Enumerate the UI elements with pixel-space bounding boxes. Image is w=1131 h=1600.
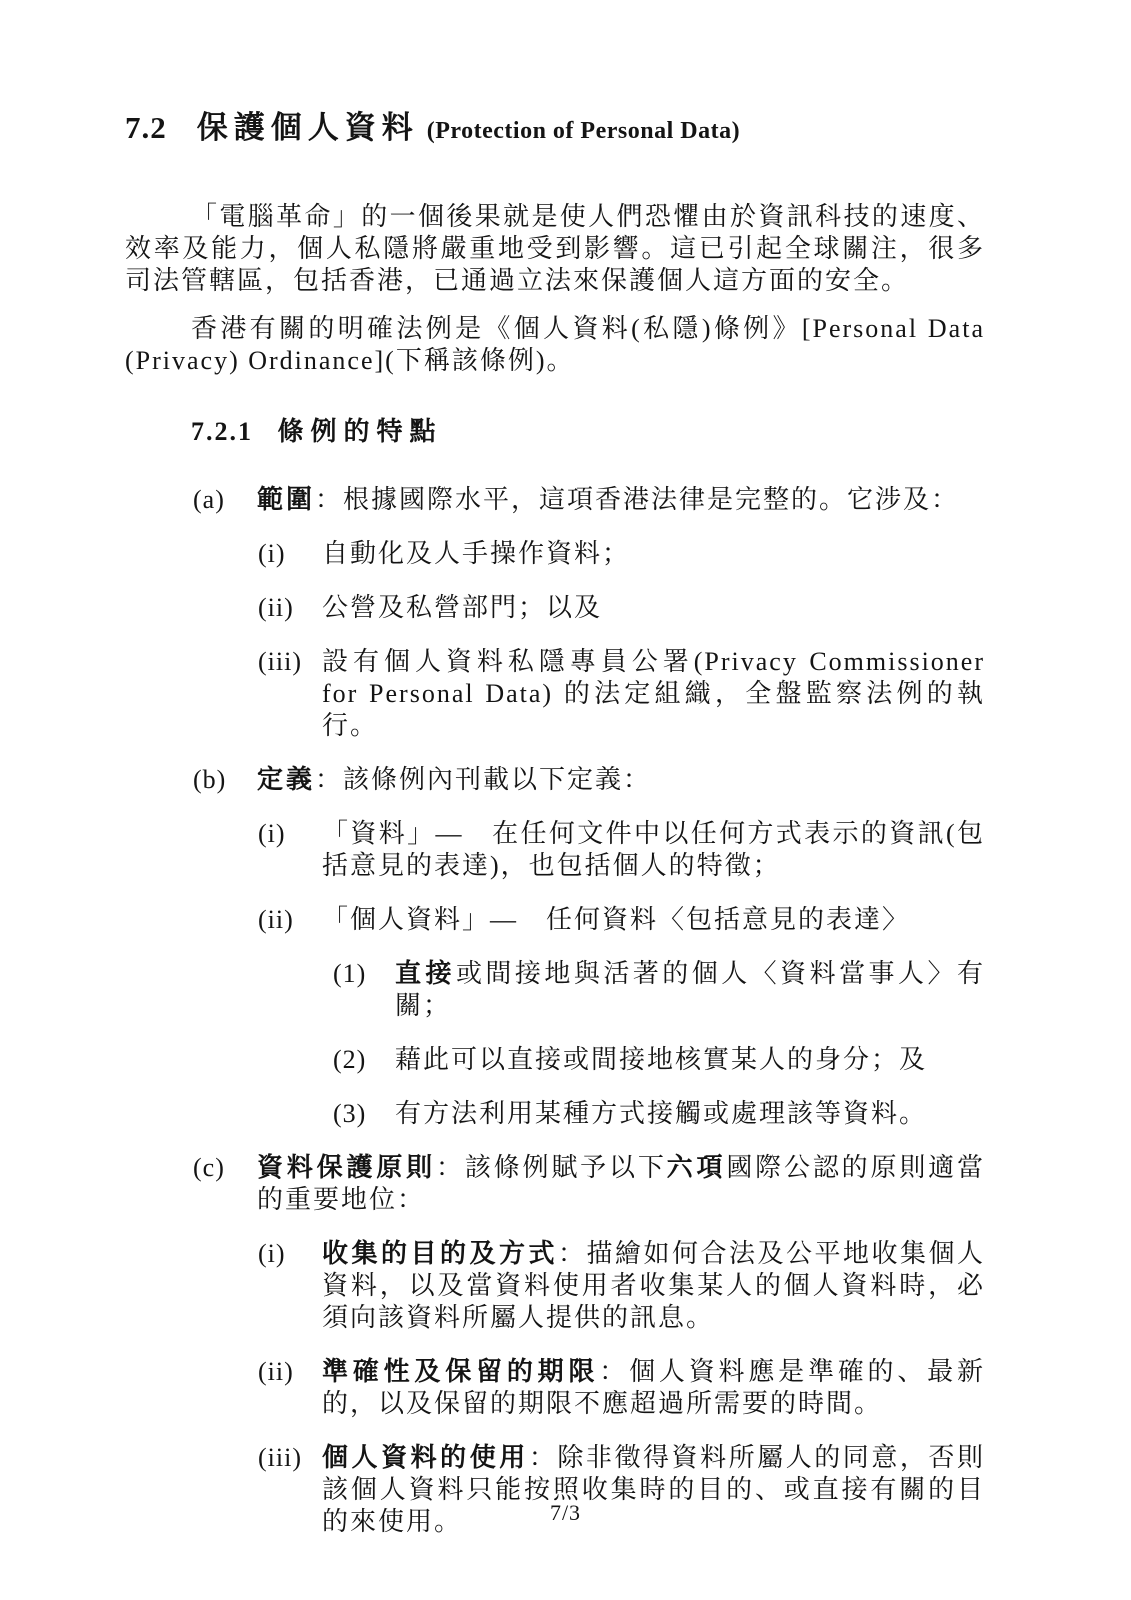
list-label-c: (c): [193, 1152, 257, 1216]
paragraph-intro-1: 「電腦革命」的一個後果就是使人們恐懼由於資訊科技的速度、效率及能力，個人私隱將嚴…: [125, 201, 985, 297]
page-number: 7/3: [0, 1500, 1131, 1526]
section-title-en: (Protection of Personal Data): [427, 118, 740, 145]
text-run-b: ：該條例內刊載以下定義：: [315, 765, 651, 794]
list-label-c-ii: (ii): [258, 1356, 322, 1420]
list-label-c-i: (i): [258, 1238, 322, 1334]
subsection-number: 7.2.1: [191, 417, 253, 446]
list-item-a-ii: (ii) 公營及私營部門；以及: [258, 592, 985, 624]
list-label-a-ii: (ii): [258, 592, 322, 624]
list-item-b-ii-1: (1) 直接或間接地與活著的個人〈資料當事人〉有關；: [333, 958, 985, 1022]
list-item-b-ii: (ii) 「個人資料」— 任何資料〈包括意見的表達〉: [258, 904, 985, 936]
list-item-a-iii: (iii) 設有個人資料私隱專員公署(Privacy Commissioner …: [258, 646, 985, 742]
list-text-c: 資料保護原則：該條例賦予以下六項國際公認的原則適當的重要地位：: [257, 1152, 985, 1216]
text-run-b-ii-1: 或間接地與活著的個人〈資料當事人〉有關；: [395, 959, 985, 1020]
list-label-b: (b): [193, 764, 257, 796]
list-text-b-i: 「資料」— 在任何文件中以任何方式表示的資訊(包括意見的表達)，也包括個人的特徵…: [322, 818, 985, 882]
list-text-b-ii-1: 直接或間接地與活著的個人〈資料當事人〉有關；: [395, 958, 985, 1022]
bold-term-c-ii: 準確性及保留的期限: [322, 1357, 599, 1386]
text-run-c: ：該條例賦予以下: [436, 1153, 667, 1182]
list-text-a-iii: 設有個人資料私隱專員公署(Privacy Commissioner for Pe…: [322, 646, 985, 742]
bold-term-b-ii-1: 直接: [395, 959, 456, 988]
bold-term-a: 範圍: [257, 485, 315, 514]
list-label-a: (a): [193, 484, 257, 516]
document-page: 7.2 保護個人資料 (Protection of Personal Data)…: [0, 0, 1131, 1600]
bold-term-c: 資料保護原則: [257, 1153, 436, 1182]
bold-term-b: 定義: [257, 765, 315, 794]
list-label-b-ii-3: (3): [333, 1098, 395, 1130]
bold-term-c-iii: 個人資料的使用: [322, 1443, 529, 1472]
list-text-a: 範圍：根據國際水平，這項香港法律是完整的。它涉及：: [257, 484, 985, 516]
paragraph-intro-2: 香港有關的明確法例是《個人資料(私隱)條例》[Personal Data (Pr…: [125, 313, 985, 377]
list-label-b-i: (i): [258, 818, 322, 882]
list-text-b: 定義：該條例內刊載以下定義：: [257, 764, 985, 796]
subsection-heading: 7.2.1 條例的特點: [191, 411, 985, 448]
list-item-a: (a) 範圍：根據國際水平，這項香港法律是完整的。它涉及：: [193, 484, 985, 516]
subsection-title: 條例的特點: [278, 417, 443, 446]
list-label-b-ii-1: (1): [333, 958, 395, 1022]
list-item-b-ii-2: (2) 藉此可以直接或間接地核實某人的身分；及: [333, 1044, 985, 1076]
bold-term-c2: 六項: [667, 1153, 727, 1182]
section-number: 7.2: [125, 110, 167, 146]
list-item-b: (b) 定義：該條例內刊載以下定義：: [193, 764, 985, 796]
section-title: 7.2 保護個人資料 (Protection of Personal Data): [125, 102, 985, 147]
list-text-b-ii-3: 有方法利用某種方式接觸或處理該等資料。: [395, 1098, 985, 1130]
bold-term-c-i: 收集的目的及方式: [322, 1239, 558, 1268]
list-text-b-ii-2: 藉此可以直接或間接地核實某人的身分；及: [395, 1044, 985, 1076]
list-item-c-ii: (ii) 準確性及保留的期限：個人資料應是準確的、最新的，以及保留的期限不應超過…: [258, 1356, 985, 1420]
list-label-a-iii: (iii): [258, 646, 322, 742]
list-item-a-i: (i) 自動化及人手操作資料；: [258, 538, 985, 570]
list-text-c-ii: 準確性及保留的期限：個人資料應是準確的、最新的，以及保留的期限不應超過所需要的時…: [322, 1356, 985, 1420]
list-label-b-ii: (ii): [258, 904, 322, 936]
list-text-c-i: 收集的目的及方式：描繪如何合法及公平地收集個人資料，以及當資料使用者收集某人的個…: [322, 1238, 985, 1334]
list-text-a-ii: 公營及私營部門；以及: [322, 592, 985, 624]
list-item-b-ii-3: (3) 有方法利用某種方式接觸或處理該等資料。: [333, 1098, 985, 1130]
list-item-c-i: (i) 收集的目的及方式：描繪如何合法及公平地收集個人資料，以及當資料使用者收集…: [258, 1238, 985, 1334]
list-text-b-ii: 「個人資料」— 任何資料〈包括意見的表達〉: [322, 904, 985, 936]
list-label-a-i: (i): [258, 538, 322, 570]
list-item-c: (c) 資料保護原則：該條例賦予以下六項國際公認的原則適當的重要地位：: [193, 1152, 985, 1216]
section-title-zh: 保護個人資料: [197, 102, 419, 147]
list-label-b-ii-2: (2): [333, 1044, 395, 1076]
list-text-a-i: 自動化及人手操作資料；: [322, 538, 985, 570]
text-run-a: ：根據國際水平，這項香港法律是完整的。它涉及：: [315, 485, 959, 514]
list-item-b-i: (i) 「資料」— 在任何文件中以任何方式表示的資訊(包括意見的表達)，也包括個…: [258, 818, 985, 882]
